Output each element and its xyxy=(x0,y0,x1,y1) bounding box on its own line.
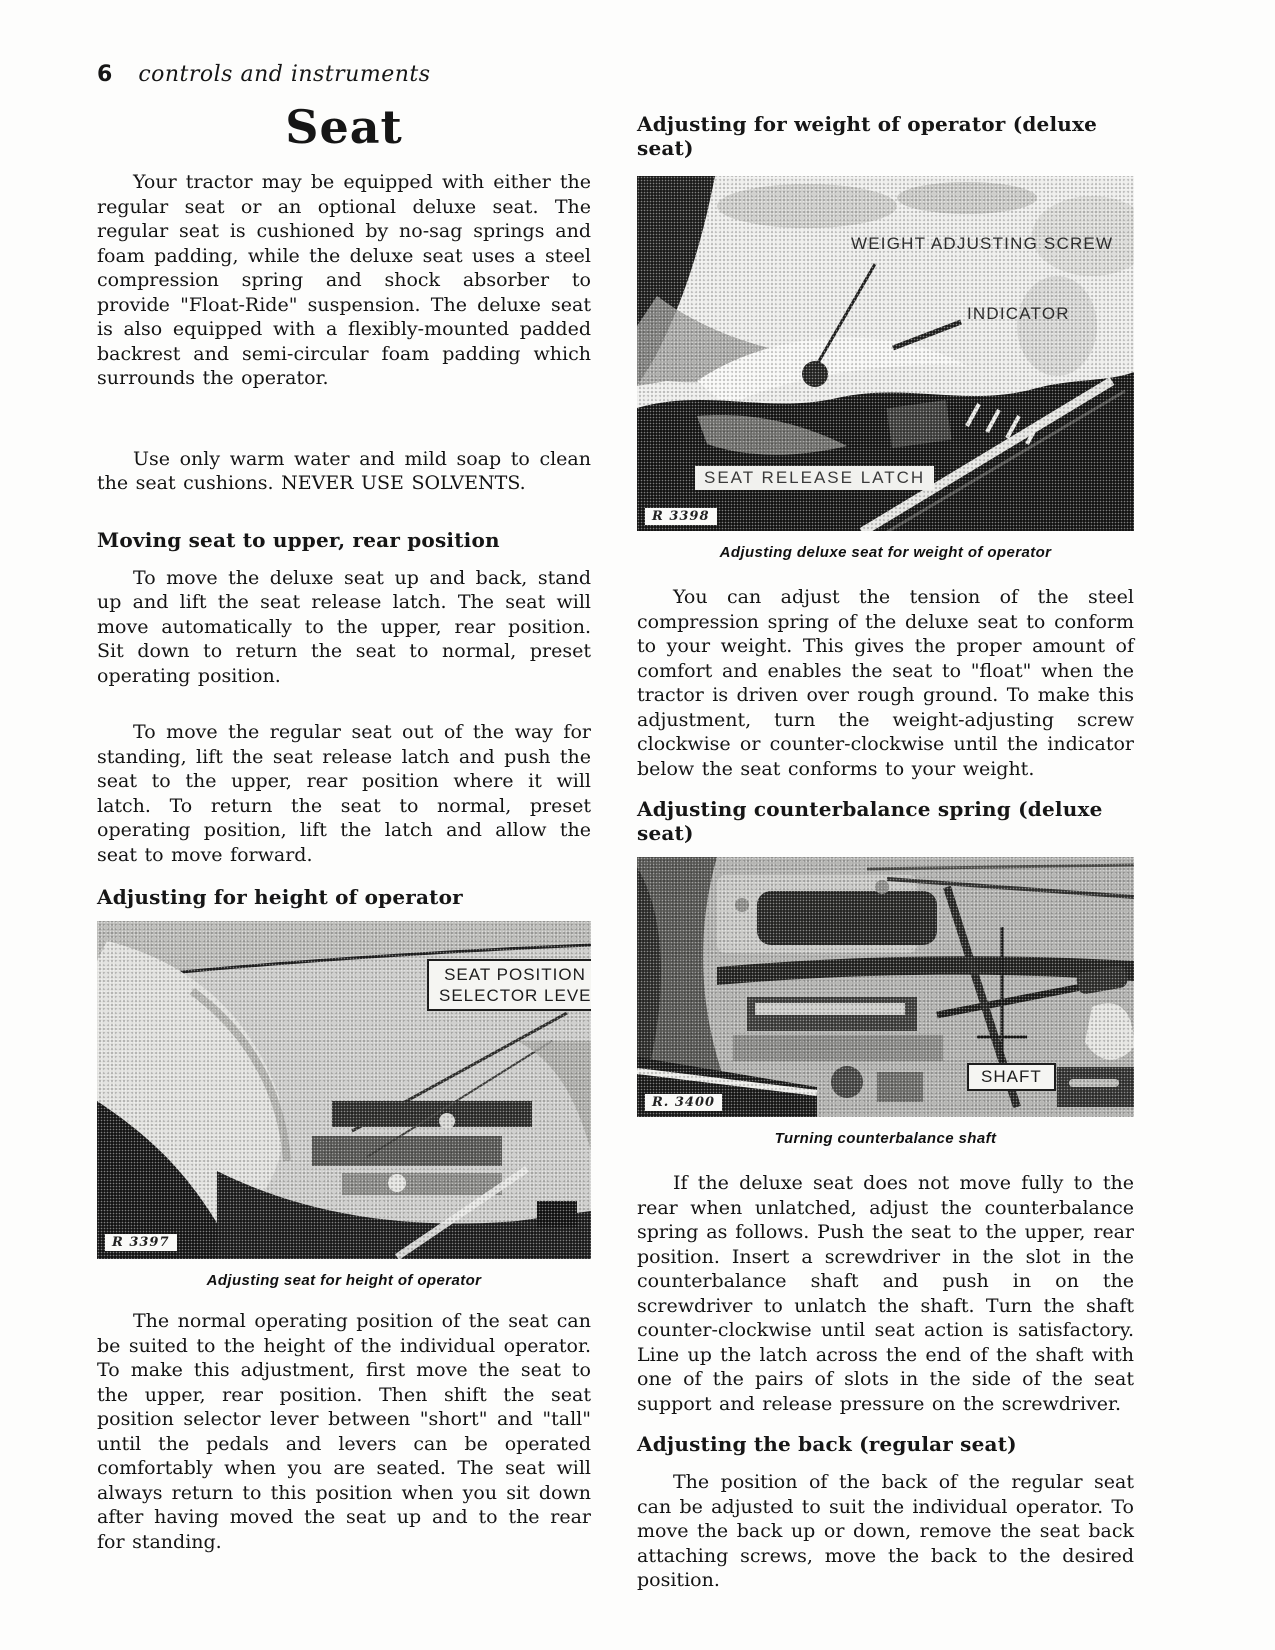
paragraph-back: The position of the back of the regular … xyxy=(637,1470,1134,1593)
figure-counterbalance: SHAFT R. 3400 Turning counterbalance sha… xyxy=(637,857,1134,1147)
photo-label-indicator: INDICATOR xyxy=(967,304,1070,324)
left-column: Seat Your tractor may be equipped with e… xyxy=(97,100,591,1554)
manual-page: 6 controls and instruments Seat Your tra… xyxy=(0,0,1275,1650)
page-number: 6 xyxy=(97,62,112,87)
running-title: controls and instruments xyxy=(138,62,430,87)
figure-caption-height: Adjusting seat for height of operator xyxy=(97,1272,591,1289)
page-title: Seat xyxy=(97,100,591,154)
figure-height-adjust: SEAT POSITION SELECTOR LEVER R 3397 Adju… xyxy=(97,921,591,1289)
photo-height-adjust: SEAT POSITION SELECTOR LEVER R 3397 xyxy=(97,921,591,1259)
page-header: 6 controls and instruments xyxy=(97,62,431,87)
paragraph-counterbalance: If the deluxe seat does not move fully t… xyxy=(637,1171,1134,1416)
photo-ref-r3398: R 3398 xyxy=(645,508,717,525)
photo-label-shaft: SHAFT xyxy=(967,1063,1056,1091)
photo-counterbalance: SHAFT R. 3400 xyxy=(637,857,1134,1117)
paragraph-care: Use only warm water and mild soap to cle… xyxy=(97,447,591,496)
heading-weight-adjust: Adjusting for weight of operator (deluxe… xyxy=(637,112,1134,160)
photo-weight-adjust: WEIGHT ADJUSTING SCREW INDICATOR SEAT RE… xyxy=(637,176,1134,531)
paragraph-moving-2: To move the regular seat out of the way … xyxy=(97,720,591,867)
paragraph-height: The normal operating position of the sea… xyxy=(97,1309,591,1554)
photo-counterbalance-art xyxy=(637,857,1134,1117)
heading-back-adjust: Adjusting the back (regular seat) xyxy=(637,1432,1134,1456)
photo-label-seat-position-selector-lever: SEAT POSITION SELECTOR LEVER xyxy=(427,959,591,1011)
photo-label-seat-release-latch: SEAT RELEASE LATCH xyxy=(695,466,934,490)
paragraph-weight: You can adjust the tension of the steel … xyxy=(637,585,1134,781)
figure-caption-counterbalance: Turning counterbalance shaft xyxy=(637,1130,1134,1147)
right-column: Adjusting for weight of operator (deluxe… xyxy=(637,112,1134,1593)
photo-label-line-1: SEAT POSITION xyxy=(439,964,591,985)
paragraph-intro: Your tractor may be equipped with either… xyxy=(97,170,591,391)
heading-moving-seat: Moving seat to upper, rear position xyxy=(97,528,591,552)
heading-counterbalance: Adjusting counterbalance spring (deluxe … xyxy=(637,797,1134,845)
figure-weight-adjust: WEIGHT ADJUSTING SCREW INDICATOR SEAT RE… xyxy=(637,176,1134,561)
photo-ref-r3400: R. 3400 xyxy=(645,1094,722,1111)
paragraph-moving-1: To move the deluxe seat up and back, sta… xyxy=(97,566,591,689)
photo-label-line-2: SELECTOR LEVER xyxy=(439,985,591,1006)
photo-ref-r3397: R 3397 xyxy=(105,1234,177,1251)
figure-caption-weight: Adjusting deluxe seat for weight of oper… xyxy=(637,544,1134,561)
heading-height-adjust: Adjusting for height of operator xyxy=(97,885,591,909)
photo-label-weight-adjusting-screw: WEIGHT ADJUSTING SCREW xyxy=(851,234,1113,254)
